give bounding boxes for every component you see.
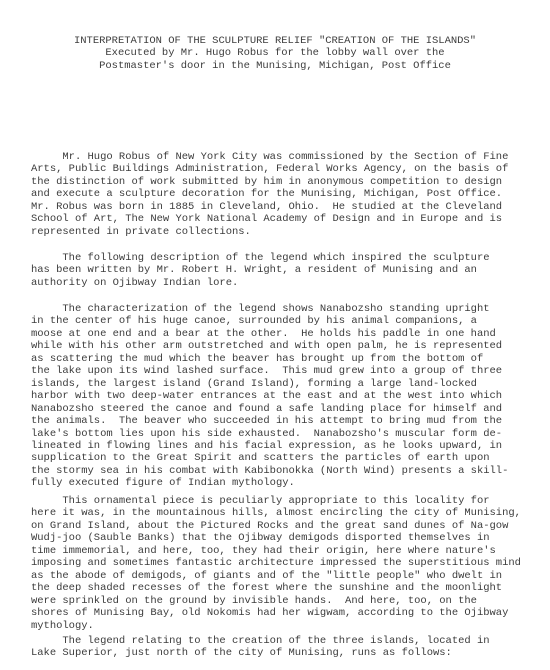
paragraph-line: the distinction of work submitted by him… (31, 176, 531, 188)
paragraph-line: Lake Superior, just north of the city of… (31, 647, 531, 659)
paragraph-line: harbor with two deep-water entrances at … (31, 390, 531, 402)
paragraph-line: This ornamental piece is peculiarly appr… (31, 495, 531, 507)
paragraph-line: time immemorial, and here, too, they had… (31, 545, 531, 557)
paragraph-line: the lake upon its wind lashed surface. T… (31, 365, 531, 377)
paragraph-line: imposing and sometimes fantastic archite… (31, 557, 531, 569)
paragraph-line: as scattering the mud which the beaver h… (31, 353, 531, 365)
paragraph-line: fully executed figure of Indian mytholog… (31, 477, 531, 489)
paragraph-line: as the abode of demigods, of giants and … (31, 570, 531, 582)
paragraph-line: islands, the largest island (Grand Islan… (31, 378, 531, 390)
paragraph-line: Mr. Robus was born in 1885 in Cleveland,… (31, 201, 531, 213)
paragraph-line: has been written by Mr. Robert H. Wright… (31, 264, 531, 276)
paragraph-line: the animals. The beaver who succeeded in… (31, 415, 531, 427)
paragraph-line: while with his other arm outstretched an… (31, 340, 531, 352)
paragraph-line: here it was, in the mountainous hills, a… (31, 507, 531, 519)
document-title-block: INTERPRETATION OF THE SCULPTURE RELIEF "… (0, 35, 550, 72)
paragraph-line: shores of Munising Bay, old Nokomis had … (31, 607, 531, 619)
paragraph-line: lineated in flowing lines and his facial… (31, 440, 531, 452)
paragraph-line: The characterization of the legend shows… (31, 303, 531, 315)
paragraph-line: Arts, Public Buildings Administration, F… (31, 163, 531, 175)
paragraph-line: in the center of his huge canoe, surroun… (31, 315, 531, 327)
paragraph-characterization: The characterization of the legend shows… (31, 303, 531, 490)
paragraph-line: Nanabozsho steered the canoe and found a… (31, 403, 531, 415)
paragraph-line: moose at one end and a bear at the other… (31, 328, 531, 340)
paragraph-line: The legend relating to the creation of t… (31, 635, 531, 647)
paragraph-line: mythology. (31, 620, 531, 632)
paragraph-line: were sprinkled on the ground by invisibl… (31, 595, 531, 607)
paragraph-line: the deep shaded recesses of the forest w… (31, 582, 531, 594)
paragraph-locality: This ornamental piece is peculiarly appr… (31, 495, 531, 632)
paragraph-line: the stormy sea in his combat with Kabibo… (31, 465, 531, 477)
paragraph-line: supplication to the Great Spirit and sca… (31, 452, 531, 464)
paragraph-description-author: The following description of the legend … (31, 252, 531, 289)
document-subtitle-line-1: Executed by Mr. Hugo Robus for the lobby… (0, 47, 550, 59)
document-page: INTERPRETATION OF THE SCULPTURE RELIEF "… (0, 0, 550, 670)
paragraph-line: The following description of the legend … (31, 252, 531, 264)
paragraph-line: Mr. Hugo Robus of New York City was comm… (31, 151, 531, 163)
document-subtitle-line-2: Postmaster's door in the Munising, Michi… (0, 60, 550, 72)
paragraph-line: School of Art, The New York National Aca… (31, 213, 531, 225)
paragraph-line: represented in private collections. (31, 226, 531, 238)
paragraph-line: lake's bottom lies upon his side exhaust… (31, 428, 531, 440)
paragraph-commission: Mr. Hugo Robus of New York City was comm… (31, 151, 531, 238)
paragraph-line: and execute a sculpture decoration for t… (31, 188, 531, 200)
document-title: INTERPRETATION OF THE SCULPTURE RELIEF "… (0, 35, 550, 47)
paragraph-line: authority on Ojibway Indian lore. (31, 277, 531, 289)
paragraph-line: on Grand Island, about the Pictured Rock… (31, 520, 531, 532)
paragraph-legend-intro: The legend relating to the creation of t… (31, 635, 531, 660)
paragraph-line: Wudj-joo (Sauble Banks) that the Ojibway… (31, 532, 531, 544)
